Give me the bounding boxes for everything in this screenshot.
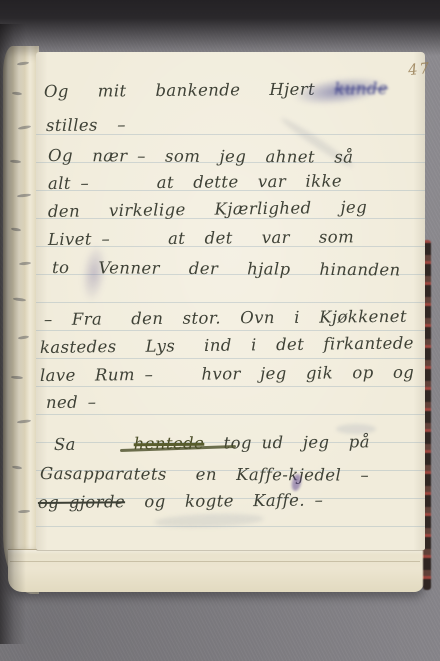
text-run: lave Rum – hvor jeg gik op og bbox=[40, 363, 414, 385]
handwritten-line: Sa hentede tog ud jeg på bbox=[54, 432, 370, 454]
text-run: og kogte Kaffe. – bbox=[125, 491, 323, 512]
handwritten-line: stilles – bbox=[46, 115, 126, 135]
handwritten-line: Og nær – som jeg ahnet så bbox=[48, 146, 353, 167]
photo-frame: 47 Og mit bankende Hjert kunde stilles –… bbox=[0, 0, 440, 661]
text-run: – Fra den stor. Ovn i Kjøkkenet bbox=[44, 307, 407, 329]
notebook-page: 47 Og mit bankende Hjert kunde stilles –… bbox=[36, 52, 425, 550]
ink-smudge bbox=[291, 72, 389, 110]
handwritten-line: Livet – at det var som bbox=[48, 227, 354, 249]
handwritten-line: og gjorde og kogte Kaffe. – bbox=[38, 491, 323, 512]
table-top-shadow bbox=[0, 0, 440, 60]
handwritten-line: alt – at dette var ikke bbox=[48, 171, 342, 193]
handwritten-line: lave Rum – hvor jeg gik op og bbox=[40, 363, 414, 385]
crossed-out-word: og gjorde bbox=[38, 492, 125, 512]
handwritten-line: ned – bbox=[46, 393, 97, 412]
handwritten-line: Gasapparatets en Kaffe-kjedel – bbox=[40, 464, 369, 485]
handwritten-line: – Fra den stor. Ovn i Kjøkkenet bbox=[44, 307, 407, 329]
page-edge-seam bbox=[10, 561, 420, 562]
text-run: Gasapparatets en Kaffe-kjedel – bbox=[40, 464, 369, 485]
gutter-shadow bbox=[0, 24, 26, 644]
handwritten-line: to Venner der hjalp hinanden bbox=[52, 258, 401, 279]
page-number: 47 bbox=[407, 59, 432, 79]
text-run: tog ud jeg på bbox=[204, 432, 370, 452]
text-run: to Venner der hjalp hinanden bbox=[52, 258, 401, 279]
text-run: Og nær – som jeg ahnet så bbox=[48, 146, 353, 167]
page-bottom-edge-stack bbox=[8, 549, 424, 592]
text-run: Livet – at det var som bbox=[48, 227, 354, 249]
text-run: ned – bbox=[46, 393, 97, 412]
text-run: stilles – bbox=[46, 115, 126, 135]
text-run: alt – at dette var ikke bbox=[48, 171, 342, 193]
